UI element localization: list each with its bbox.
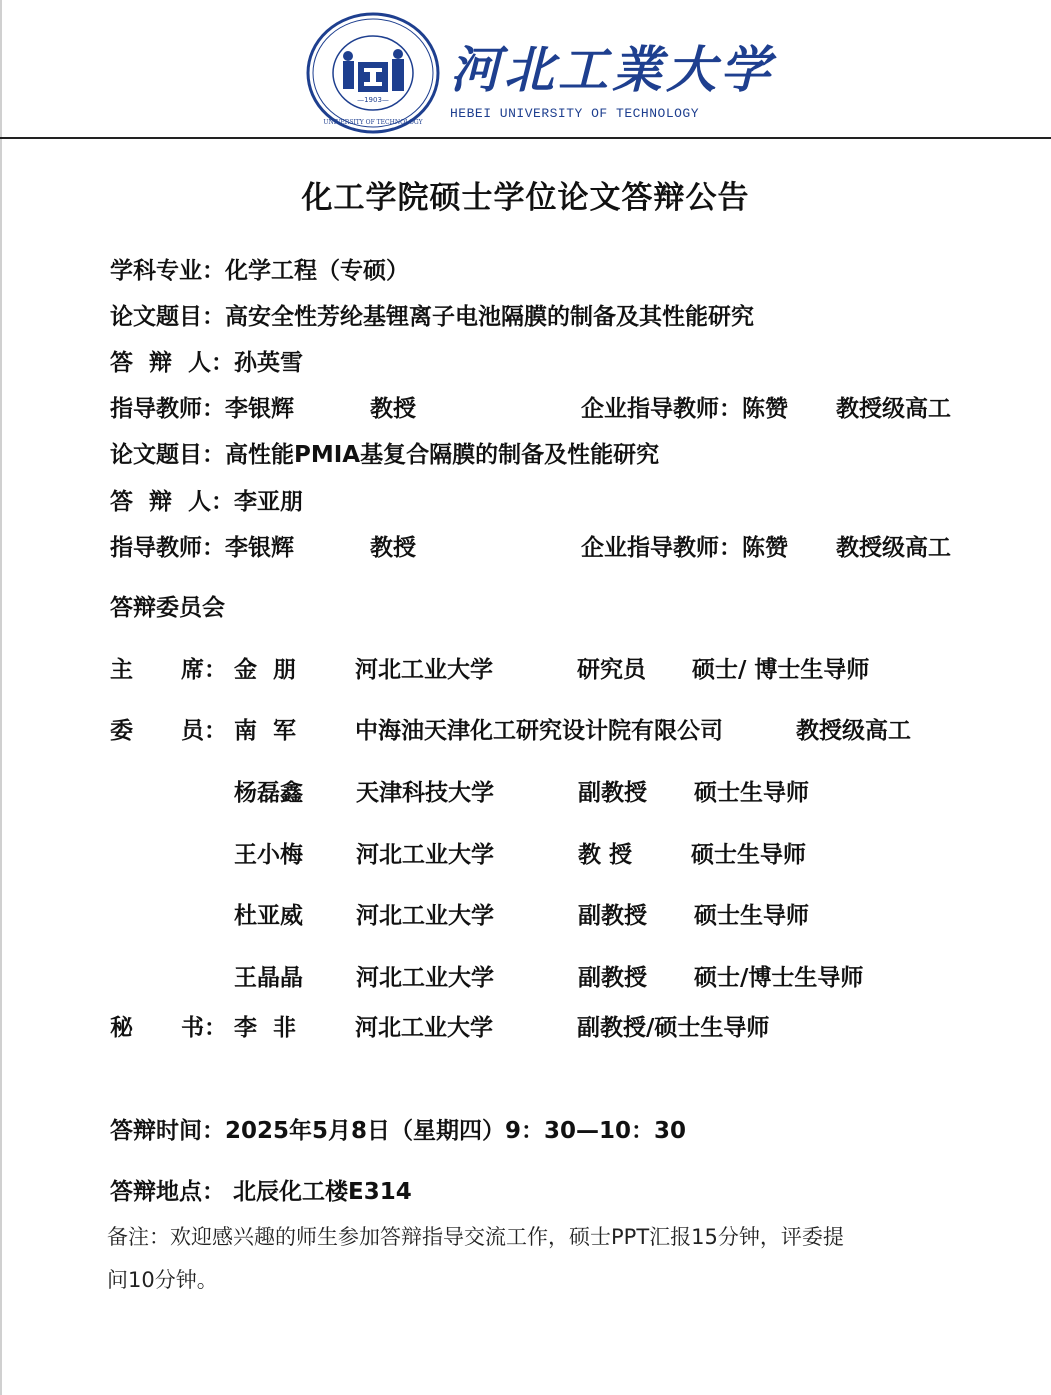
committee-member-title: 副教授/硕士生导师 — [577, 1009, 769, 1042]
industry-advisor-value: 陈赞 — [742, 535, 788, 561]
committee-member-org: 河北工业大学 — [355, 651, 493, 684]
committee-role-chair: 主 席： — [110, 651, 227, 684]
committee-role-secretary: 秘 书： — [110, 1009, 227, 1042]
thesis-2-advisor-row: 指导教师：李银辉 — [110, 529, 294, 562]
advisor-value: 李银辉 — [225, 396, 294, 422]
committee-member-title: 副教授 — [578, 959, 647, 992]
committee-member-name: 王小梅 — [234, 836, 303, 869]
committee-member-supervisor: 硕士/博士生导师 — [694, 959, 863, 992]
committee-member-org: 河北工业大学 — [356, 897, 494, 930]
committee-member-supervisor: 硕士生导师 — [691, 836, 806, 869]
page-title: 化工学院硕士学位论文答辩公告 — [0, 172, 1051, 217]
candidate-value: 孙英雪 — [234, 350, 303, 376]
discipline-value: 化学工程（专硕） — [225, 258, 409, 284]
committee-member-org: 河北工业大学 — [356, 836, 494, 869]
thesis-2-topic-row: 论文题目：高性能PMIA基复合隔膜的制备及性能研究 — [110, 436, 659, 469]
svg-text:—1903—: —1903— — [357, 96, 389, 104]
industry-advisor-label: 企业指导教师： — [581, 396, 742, 422]
topic-label: 论文题目： — [110, 442, 225, 468]
committee-member-name: 李 非 — [234, 1009, 296, 1042]
discipline-label: 学科专业： — [110, 258, 225, 284]
defense-time-row: 答辩时间：2025年5月8日（星期四）9：30—10：30 — [110, 1112, 686, 1145]
thesis-1-candidate-row: 答 辩 人：孙英雪 — [110, 344, 303, 377]
advisor-label: 指导教师： — [110, 396, 225, 422]
brand-chinese-name: 河北工業大学 — [450, 30, 774, 102]
candidate-label: 答 辩 人： — [110, 489, 234, 515]
thesis-2-advisor-title: 教授 — [370, 529, 416, 562]
committee-member-name: 金 朋 — [234, 651, 296, 684]
university-seal-icon: —1903— UNIVERSITY OF TECHNOLOGY — [306, 12, 440, 134]
candidate-label: 答 辩 人： — [110, 350, 234, 376]
committee-member-org: 河北工业大学 — [355, 1009, 493, 1042]
candidate-value: 李亚朋 — [234, 489, 303, 515]
topic-label: 论文题目： — [110, 304, 225, 330]
committee-member-supervisor: 硕士/ 博士生导师 — [692, 651, 869, 684]
topic-value: 高性能PMIA基复合隔膜的制备及性能研究 — [225, 442, 659, 468]
thesis-2-industry-advisor-title: 教授级高工 — [836, 529, 951, 562]
committee-role-member: 委 员： — [110, 712, 227, 745]
committee-member-title: 研究员 — [577, 651, 646, 684]
svg-text:UNIVERSITY OF TECHNOLOGY: UNIVERSITY OF TECHNOLOGY — [323, 119, 423, 126]
committee-member-title: 教 授 — [578, 836, 632, 869]
header-divider — [0, 137, 1051, 139]
committee-member-title: 副教授 — [578, 897, 647, 930]
industry-advisor-label: 企业指导教师： — [581, 535, 742, 561]
note-line-1: 备注：欢迎感兴趣的师生参加答辩指导交流工作，硕士PPT汇报15分钟，评委提 — [107, 1221, 844, 1251]
committee-heading: 答辩委员会 — [110, 589, 225, 622]
committee-member-org: 中海油天津化工研究设计院有限公司 — [355, 712, 723, 745]
thesis-1-advisor-title: 教授 — [370, 390, 416, 423]
topic-value: 高安全性芳纶基锂离子电池隔膜的制备及其性能研究 — [225, 304, 754, 330]
note-line-2: 问10分钟。 — [107, 1264, 218, 1294]
committee-member-name: 王晶晶 — [234, 959, 303, 992]
thesis-1-topic-row: 论文题目：高安全性芳纶基锂离子电池隔膜的制备及其性能研究 — [110, 298, 754, 331]
industry-advisor-value: 陈赞 — [742, 396, 788, 422]
defense-place-label: 答辩地点： — [110, 1179, 225, 1205]
discipline-row: 学科专业：化学工程（专硕） — [110, 252, 409, 285]
committee-member-supervisor: 硕士生导师 — [694, 774, 809, 807]
brand-english-name: HEBEI UNIVERSITY OF TECHNOLOGY — [450, 106, 699, 121]
committee-member-name: 杜亚威 — [234, 897, 303, 930]
committee-member-org: 河北工业大学 — [356, 959, 494, 992]
defense-time-label: 答辩时间： — [110, 1118, 225, 1144]
committee-member-title: 副教授 — [578, 774, 647, 807]
thesis-1-advisor-row: 指导教师：李银辉 — [110, 390, 294, 423]
defense-time-value: 2025年5月8日（星期四）9：30—10：30 — [225, 1118, 686, 1144]
letterhead: —1903— UNIVERSITY OF TECHNOLOGY 河北工業大学 H… — [0, 0, 1051, 140]
committee-member-org: 天津科技大学 — [356, 774, 494, 807]
committee-member-supervisor: 硕士生导师 — [694, 897, 809, 930]
defense-place-value: 北辰化工楼E314 — [233, 1179, 412, 1205]
committee-member-name: 南 军 — [234, 712, 296, 745]
advisor-label: 指导教师： — [110, 535, 225, 561]
committee-member-name: 杨磊鑫 — [234, 774, 303, 807]
thesis-1-industry-advisor: 企业指导教师：陈赞 — [581, 390, 788, 423]
thesis-2-candidate-row: 答 辩 人：李亚朋 — [110, 483, 303, 516]
thesis-2-industry-advisor: 企业指导教师：陈赞 — [581, 529, 788, 562]
committee-member-supervisor: 教授级高工 — [796, 712, 911, 745]
defense-place-row: 答辩地点：北辰化工楼E314 — [110, 1173, 412, 1206]
advisor-value: 李银辉 — [225, 535, 294, 561]
thesis-1-industry-advisor-title: 教授级高工 — [836, 390, 951, 423]
